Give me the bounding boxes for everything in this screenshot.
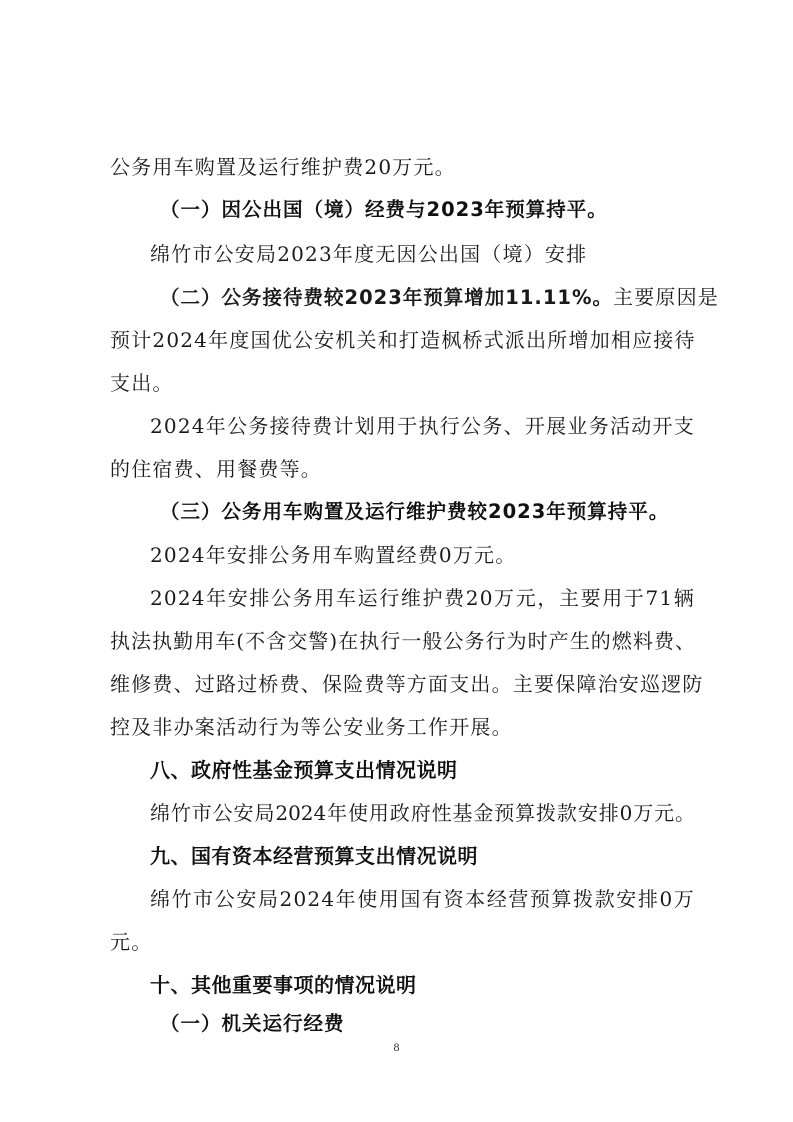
subheading-travel-abroad: （一）因公出国（境）经费与2023年预算持平。 <box>160 196 740 224</box>
paragraph-line: 控及非办案活动行为等公安业务工作开展。 <box>110 713 690 741</box>
document-page: 公务用车购置及运行维护费20万元。 （一）因公出国（境）经费与2023年预算持平… <box>0 0 793 1122</box>
subheading-operating-expenses: （一）机关运行经费 <box>160 1010 740 1038</box>
paragraph-line: 的住宿费、用餐费等。 <box>110 455 690 483</box>
paragraph-line: 2024年安排公务用车购置经费0万元。 <box>150 541 730 569</box>
paragraph-line: 预计2024年度国优公安机关和打造枫桥式派出所增加相应接待 <box>110 326 695 354</box>
paragraph-line: 支出。 <box>110 369 690 397</box>
paragraph-line: 2024年公务接待费计划用于执行公务、开展业务活动开支 <box>150 412 695 440</box>
section-heading-government-fund: 八、政府性基金预算支出情况说明 <box>150 756 730 784</box>
paragraph-line: 执法执勤用车(不含交警)在执行一般公务行为时产生的燃料费、 <box>110 627 695 655</box>
paragraph-line: 2024年安排公务用车运行维护费20万元，主要用于71辆 <box>150 584 695 612</box>
paragraph-line: 绵竹市公安局2024年使用政府性基金预算拨款安排0万元。 <box>150 799 695 827</box>
paragraph-text: 主要原因是 <box>613 285 719 309</box>
section-heading-other-matters: 十、其他重要事项的情况说明 <box>150 971 730 999</box>
section-heading-state-capital: 九、国有资本经营预算支出情况说明 <box>150 842 730 870</box>
page-number: 8 <box>0 1040 793 1055</box>
paragraph-line: 维修费、过路过桥费、保险费等方面支出。主要保障治安巡逻防 <box>110 670 695 698</box>
paragraph-line: 绵竹市公安局2023年度无因公出国（境）安排 <box>150 240 730 268</box>
paragraph-line: 公务用车购置及运行维护费20万元。 <box>110 153 690 181</box>
paragraph-line: 元。 <box>110 928 690 956</box>
paragraph-line-reception: （二）公务接待费较2023年预算增加11.11%。主要原因是 <box>160 283 700 312</box>
subheading-vehicles: （三）公务用车购置及运行维护费较2023年预算持平。 <box>160 498 740 526</box>
subheading-reception: （二）公务接待费较2023年预算增加11.11%。 <box>160 286 613 309</box>
paragraph-line: 绵竹市公安局2024年使用国有资本经营预算拨款安排0万 <box>150 885 695 913</box>
